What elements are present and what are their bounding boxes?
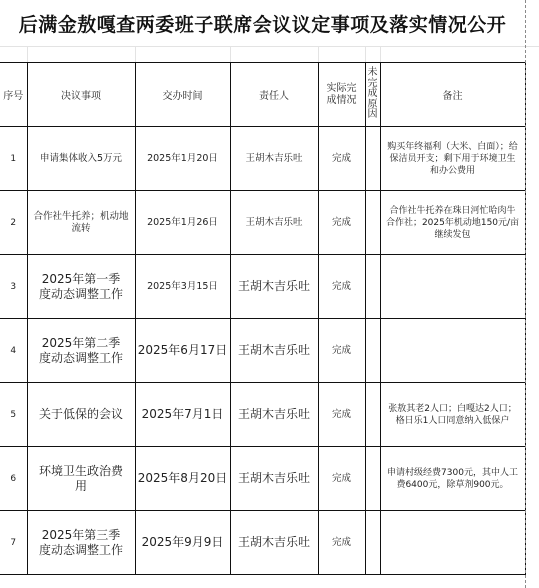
header-owner[interactable]: 责任人 — [230, 63, 318, 127]
header-note[interactable]: 备注 — [380, 63, 525, 127]
cell-reason[interactable] — [365, 383, 380, 447]
cell-date[interactable]: 2025年7月1日 — [135, 383, 230, 447]
cell-owner[interactable]: 王胡木吉乐吐 — [230, 447, 318, 511]
cell-reason[interactable] — [365, 191, 380, 255]
cell-seq[interactable]: 3 — [0, 255, 27, 319]
cell-item[interactable]: 合作社牛托养；机动地流转 — [27, 191, 135, 255]
sheet-gridline — [230, 46, 231, 62]
header-status[interactable]: 实际完成情况 — [318, 63, 365, 127]
sheet-gridline — [27, 46, 28, 62]
header-item[interactable]: 决议事项 — [27, 63, 135, 127]
cell-note[interactable] — [380, 319, 525, 383]
cell-status[interactable]: 完成 — [318, 255, 365, 319]
cell-note[interactable] — [380, 511, 525, 575]
cell-status[interactable]: 完成 — [318, 447, 365, 511]
cell-owner[interactable]: 王胡木吉乐吐 — [230, 511, 318, 575]
table-row: 7 2025年第三季度动态调整工作 2025年9月9日 王胡木吉乐吐 完成 — [0, 511, 525, 575]
cell-status[interactable]: 完成 — [318, 383, 365, 447]
cell-seq[interactable]: 4 — [0, 319, 27, 383]
cell-date[interactable]: 2025年8月20日 — [135, 447, 230, 511]
cell-date[interactable]: 2025年6月17日 — [135, 319, 230, 383]
table-row: 3 2025年第一季度动态调整工作 2025年3月15日 王胡木吉乐吐 完成 — [0, 255, 525, 319]
cell-note[interactable]: 购买年终福利（大米、白面）；给保洁员开支；剩下用于环境卫生和办公费用 — [380, 127, 525, 191]
cell-note[interactable]: 张敖其老2人口；白嘎达2人口；格日乐1人口同意纳入低保户 — [380, 383, 525, 447]
cell-note[interactable]: 申请村级经费7300元，其中人工费6400元，除草剂900元。 — [380, 447, 525, 511]
cell-date[interactable]: 2025年3月15日 — [135, 255, 230, 319]
cell-status[interactable]: 完成 — [318, 319, 365, 383]
cell-seq[interactable]: 2 — [0, 191, 27, 255]
sheet-gridline — [318, 46, 319, 62]
table-row: 4 2025年第二季度动态调整工作 2025年6月17日 王胡木吉乐吐 完成 — [0, 319, 525, 383]
header-date[interactable]: 交办时间 — [135, 63, 230, 127]
cell-item[interactable]: 2025年第二季度动态调整工作 — [27, 319, 135, 383]
cell-item[interactable]: 2025年第一季度动态调整工作 — [27, 255, 135, 319]
header-reason[interactable]: 未完成原因 — [365, 63, 380, 127]
table-row: 6 环境卫生政治费用 2025年8月20日 王胡木吉乐吐 完成 申请村级经费73… — [0, 447, 525, 511]
header-row: 序号 决议事项 交办时间 责任人 实际完成情况 未完成原因 备注 — [0, 63, 525, 127]
cell-reason[interactable] — [365, 511, 380, 575]
sheet-gridline — [365, 46, 366, 62]
cell-seq[interactable]: 5 — [0, 383, 27, 447]
resolutions-table: 序号 决议事项 交办时间 责任人 实际完成情况 未完成原因 备注 1 申请集体收… — [0, 62, 526, 575]
page-break-line — [525, 0, 526, 588]
cell-owner[interactable]: 王胡木吉乐吐 — [230, 191, 318, 255]
cell-date[interactable]: 2025年1月26日 — [135, 191, 230, 255]
cell-seq[interactable]: 6 — [0, 447, 27, 511]
cell-owner[interactable]: 王胡木吉乐吐 — [230, 383, 318, 447]
cell-item[interactable]: 申请集体收入5万元 — [27, 127, 135, 191]
cell-status[interactable]: 完成 — [318, 511, 365, 575]
cell-status[interactable]: 完成 — [318, 127, 365, 191]
sheet-gridline — [0, 46, 539, 47]
cell-item[interactable]: 环境卫生政治费用 — [27, 447, 135, 511]
cell-date[interactable]: 2025年1月20日 — [135, 127, 230, 191]
cell-item[interactable]: 关于低保的会议 — [27, 383, 135, 447]
cell-reason[interactable] — [365, 319, 380, 383]
cell-note[interactable] — [380, 255, 525, 319]
cell-seq[interactable]: 1 — [0, 127, 27, 191]
cell-reason[interactable] — [365, 127, 380, 191]
cell-owner[interactable]: 王胡木吉乐吐 — [230, 127, 318, 191]
cell-reason[interactable] — [365, 447, 380, 511]
cell-seq[interactable]: 7 — [0, 511, 27, 575]
cell-owner[interactable]: 王胡木吉乐吐 — [230, 319, 318, 383]
cell-status[interactable]: 完成 — [318, 191, 365, 255]
cell-date[interactable]: 2025年9月9日 — [135, 511, 230, 575]
header-seq[interactable]: 序号 — [0, 63, 27, 127]
page-title: 后满金敖嘎查两委班子联席会议议定事项及落实情况公开 — [0, 0, 525, 46]
sheet-gridline — [380, 46, 381, 62]
table-row: 5 关于低保的会议 2025年7月1日 王胡木吉乐吐 完成 张敖其老2人口；白嘎… — [0, 383, 525, 447]
sheet-gridline — [135, 46, 136, 62]
cell-owner[interactable]: 王胡木吉乐吐 — [230, 255, 318, 319]
cell-note[interactable]: 合作社牛托养在珠日河忙哈肉牛合作社；2025年机动地150元/亩继续发包 — [380, 191, 525, 255]
table-row: 1 申请集体收入5万元 2025年1月20日 王胡木吉乐吐 完成 购买年终福利（… — [0, 127, 525, 191]
table-row: 2 合作社牛托养；机动地流转 2025年1月26日 王胡木吉乐吐 完成 合作社牛… — [0, 191, 525, 255]
cell-reason[interactable] — [365, 255, 380, 319]
cell-item[interactable]: 2025年第三季度动态调整工作 — [27, 511, 135, 575]
